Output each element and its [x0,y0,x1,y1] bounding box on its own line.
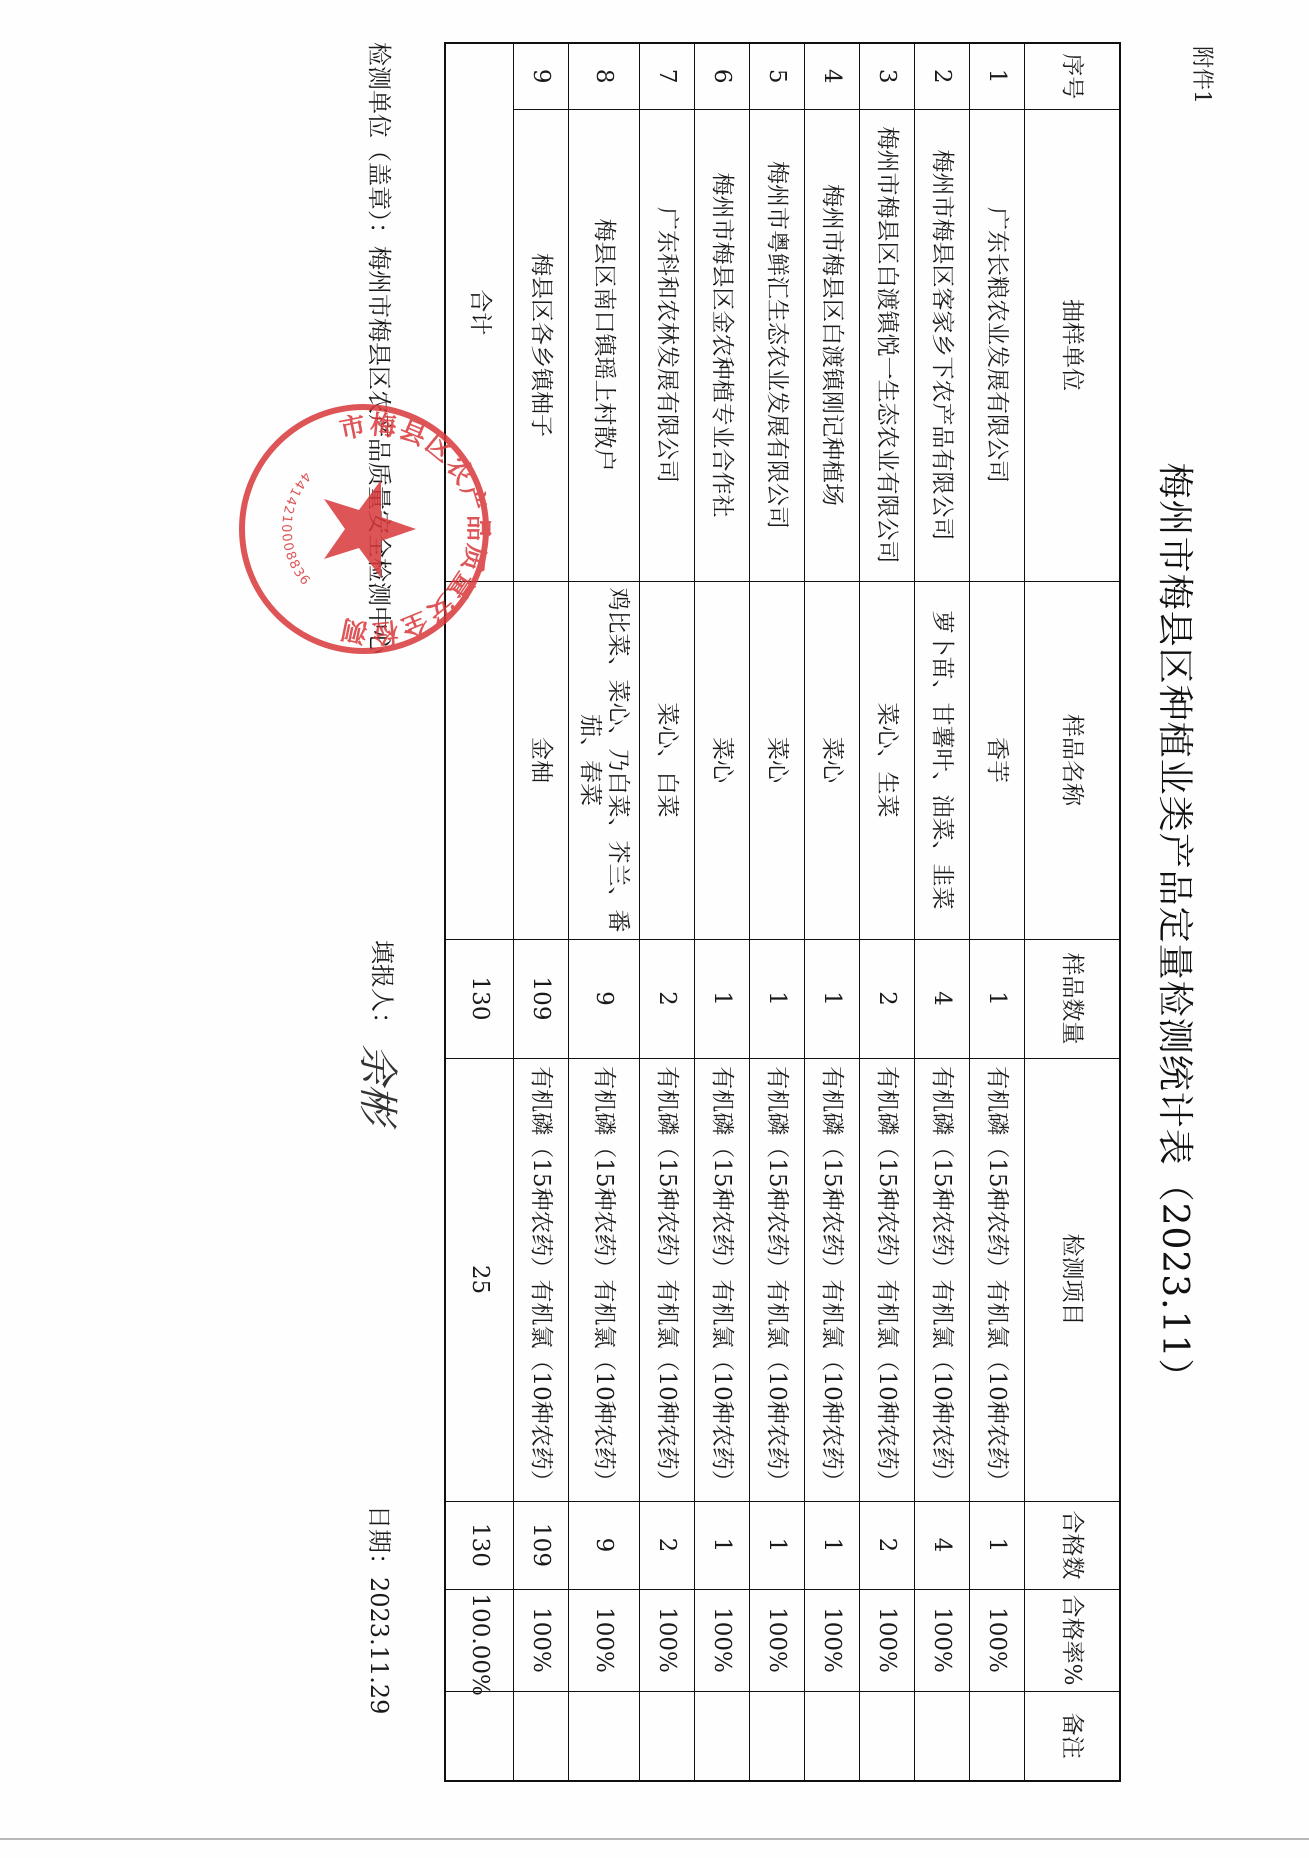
cell-test-items: 有机磷（15种农药）有机氯（10种农药） [970,1058,1025,1501]
signature: 余彬 [354,1044,400,1124]
cell-sample-name: 萝卜苗、甘薯叶、油菜、韭菜 [915,581,970,939]
cell-sample-name: 菜心、白菜 [640,581,695,939]
footer-date-label: 日期： [365,1505,393,1577]
cell-sample-name: 香芋 [970,581,1025,939]
cell-pass-rate: 100% [695,1589,750,1691]
cell-pass-rate: 100% [514,1589,569,1691]
cell-note [915,1691,970,1781]
cell-no: 8 [569,43,640,109]
header-test-items: 检测项目 [1025,1058,1121,1501]
footer-date: 日期：2023.11.29 [364,1505,399,1714]
cell-passed: 2 [640,1501,695,1589]
cell-no: 3 [860,43,915,109]
cell-pass-rate: 100% [640,1589,695,1691]
cell-sample-name: 金柚 [514,581,569,939]
table-total-row: 合计13025130100.00% [446,43,514,1781]
header-passed: 合格数 [1025,1501,1121,1589]
cell-test-items: 有机磷（15种农药）有机氯（10种农药） [640,1058,695,1501]
table-row: 3梅州市梅县区白渡镇悦一生态农业有限公司菜心、生菜2有机磷（15种农药）有机氯（… [860,43,915,1781]
cell-sample-name: 菜心、生菜 [860,581,915,939]
cell-sample-name: 菜心 [750,581,805,939]
cell-sample-count: 4 [915,939,970,1058]
cell-passed: 1 [805,1501,860,1589]
cell-passed: 1 [695,1501,750,1589]
cell-note [640,1691,695,1781]
cell-passed: 4 [915,1501,970,1589]
cell-sample-name: 菜心 [805,581,860,939]
total-count: 130 [446,939,514,1058]
cell-pass-rate: 100% [860,1589,915,1691]
cell-sampling-unit: 梅州市梅县区客家乡下农产品有限公司 [915,109,970,581]
page-title: 梅州市梅县区种植业类产品定量检测统计表（2023.11） [1152,0,1203,1858]
header-sample-count: 样品数量 [1025,939,1121,1058]
cell-test-items: 有机磷（15种农药）有机氯（10种农药） [695,1058,750,1501]
total-note [446,1691,514,1781]
cell-test-items: 有机磷（15种农药）有机氯（10种农药） [569,1058,640,1501]
cell-test-items: 有机磷（15种农药）有机氯（10种农药） [805,1058,860,1501]
total-passed: 130 [446,1501,514,1589]
table-row: 8梅县区南口镇瑶上村散户鸡比菜、菜心、乃白菜、芥兰、番茄、春菜9有机磷（15种农… [569,43,640,1781]
cell-sampling-unit: 梅州市梅县区白渡镇悦一生态农业有限公司 [860,109,915,581]
cell-sample-count: 9 [569,939,640,1058]
cell-test-items: 有机磷（15种农药）有机氯（10种农药） [750,1058,805,1501]
cell-sampling-unit: 梅县区各乡镇柚子 [514,109,569,581]
cell-note [695,1691,750,1781]
cell-passed: 2 [860,1501,915,1589]
table-row: 4梅州市梅县区白渡镇刚记种植场菜心1有机磷（15种农药）有机氯（10种农药）11… [805,43,860,1781]
cell-no: 4 [805,43,860,109]
total-rate: 100.00% [446,1589,514,1691]
cell-test-items: 有机磷（15种农药）有机氯（10种农药） [514,1058,569,1501]
cell-sample-count: 1 [805,939,860,1058]
cell-note [514,1691,569,1781]
footer-filler-label: 填报人： [368,940,396,1036]
cell-sampling-unit: 广东长粮农业发展有限公司 [970,109,1025,581]
cell-test-items: 有机磷（15种农药）有机氯（10种农药） [915,1058,970,1501]
cell-note [805,1691,860,1781]
header-pass-rate: 合格率% [1025,1589,1121,1691]
svg-text:4414210008836: 4414210008836 [278,468,313,589]
footer-unit-label: 检测单位（盖章）： [365,42,393,246]
cell-sample-count: 2 [640,939,695,1058]
cell-no: 5 [750,43,805,109]
footer-date-value: 2023.11.29 [365,1577,393,1714]
cell-passed: 109 [514,1501,569,1589]
header-no: 序号 [1025,43,1121,109]
cell-no: 2 [915,43,970,109]
statistics-table: 序号 抽样单位 样品名称 样品数量 检测项目 合格数 合格率% 备注 1广东长粮… [445,42,1122,1782]
table-row: 9梅县区各乡镇柚子金柚109有机磷（15种农药）有机氯（10种农药）109100… [514,43,569,1781]
cell-sample-count: 1 [970,939,1025,1058]
table-row: 1广东长粮农业发展有限公司香芋1有机磷（15种农药）有机氯（10种农药）1100… [970,43,1025,1781]
cell-sampling-unit: 梅州市粤鲜汇生态农业发展有限公司 [750,109,805,581]
cell-no: 9 [514,43,569,109]
header-sampling-unit: 抽样单位 [1025,109,1121,581]
header-sample-name: 样品名称 [1025,581,1121,939]
cell-passed: 1 [970,1501,1025,1589]
cell-no: 7 [640,43,695,109]
table-row: 5梅州市粤鲜汇生态农业发展有限公司菜心1有机磷（15种农药）有机氯（10种农药）… [750,43,805,1781]
cell-no: 6 [695,43,750,109]
document-page: 附件1 梅州市梅县区种植业类产品定量检测统计表（2023.11） 序号 抽样单位… [0,0,1309,1858]
cell-sample-name: 菜心 [695,581,750,939]
official-seal-icon: 梅州市梅县区农产品质量安全检测中心 4414210008836 [234,399,494,659]
scan-edge-line [0,1838,1309,1840]
footer-filler: 填报人：余彬 [352,940,409,1124]
cell-sample-count: 1 [695,939,750,1058]
cell-note [569,1691,640,1781]
cell-sampling-unit: 梅州市梅县区金农种植专业合作社 [695,109,750,581]
table-row: 7广东科和农林发展有限公司菜心、白菜2有机磷（15种农药）有机氯（10种农药）2… [640,43,695,1781]
cell-note [970,1691,1025,1781]
table-row: 2梅州市梅县区客家乡下农产品有限公司萝卜苗、甘薯叶、油菜、韭菜4有机磷（15种农… [915,43,970,1781]
cell-note [860,1691,915,1781]
table-header-row: 序号 抽样单位 样品名称 样品数量 检测项目 合格数 合格率% 备注 [1025,43,1121,1781]
table-row: 6梅州市梅县区金农种植专业合作社菜心1有机磷（15种农药）有机氯（10种农药）1… [695,43,750,1781]
cell-sample-count: 1 [750,939,805,1058]
cell-no: 1 [970,43,1025,109]
cell-note [750,1691,805,1781]
cell-pass-rate: 100% [915,1589,970,1691]
cell-pass-rate: 100% [569,1589,640,1691]
cell-sampling-unit: 梅州市梅县区白渡镇刚记种植场 [805,109,860,581]
cell-pass-rate: 100% [970,1589,1025,1691]
cell-sampling-unit: 梅县区南口镇瑶上村散户 [569,109,640,581]
header-note: 备注 [1025,1691,1121,1781]
cell-sample-count: 109 [514,939,569,1058]
cell-pass-rate: 100% [805,1589,860,1691]
cell-sampling-unit: 广东科和农林发展有限公司 [640,109,695,581]
cell-passed: 9 [569,1501,640,1589]
cell-passed: 1 [750,1501,805,1589]
total-items: 25 [446,1058,514,1501]
cell-sample-count: 2 [860,939,915,1058]
cell-sample-name: 鸡比菜、菜心、乃白菜、芥兰、番茄、春菜 [569,581,640,939]
cell-test-items: 有机磷（15种农药）有机氯（10种农药） [860,1058,915,1501]
cell-pass-rate: 100% [750,1589,805,1691]
